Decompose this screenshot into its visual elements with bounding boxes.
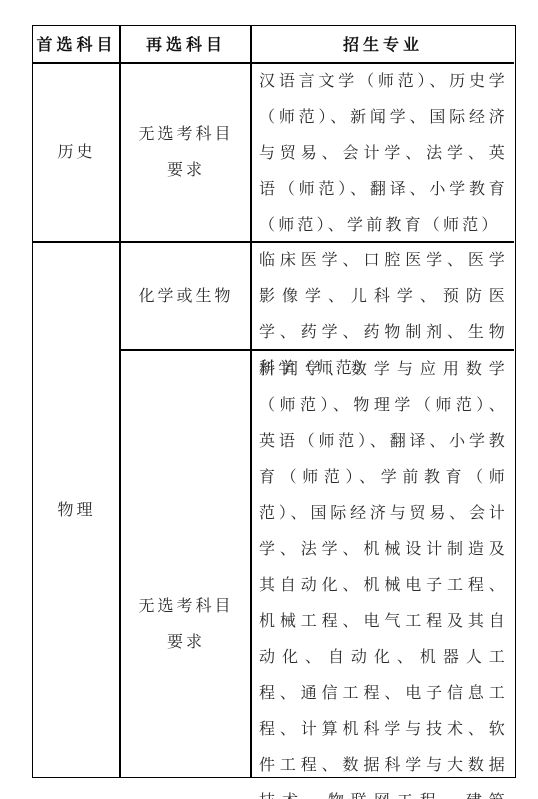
second-subject-line1: 无选考科目 — [138, 116, 233, 152]
header-majors: 招生专业 — [252, 26, 514, 63]
majors-physics-none: 新闻学、数学与应用数学（师范）、物理学（师范）、英语（师范）、翻译、小学教育（师… — [252, 351, 514, 777]
first-subject-history: 历史 — [33, 63, 120, 241]
second-subject-line1: 化学或生物 — [138, 278, 233, 314]
header-first-subject: 首选科目 — [33, 26, 120, 63]
majors-history: 汉语言文学（师范）、历史学（师范）、新闻学、国际经济与贸易、会计学、法学、英语（… — [252, 63, 514, 241]
majors-physics-chem-bio: 临床医学、口腔医学、医学影像学、儿科学、预防医学、药学、药物制剂、生物科学（师范… — [252, 242, 514, 349]
second-subject-physics-none: 无选考科目 要求 — [121, 351, 251, 777]
header-second-subject: 再选科目 — [121, 26, 251, 63]
second-subject-line1: 无选考科目 — [138, 588, 233, 624]
first-subject-physics: 物理 — [33, 242, 120, 777]
enrollment-majors-table: 首选科目 再选科目 招生专业 历史 无选考科目 要求 汉语言文学（师范）、历史学… — [32, 25, 516, 778]
second-subject-physics-chem-bio: 化学或生物 — [121, 242, 251, 349]
second-subject-line2: 要求 — [167, 152, 205, 188]
second-subject-line2: 要求 — [167, 624, 205, 660]
second-subject-history: 无选考科目 要求 — [121, 63, 251, 241]
